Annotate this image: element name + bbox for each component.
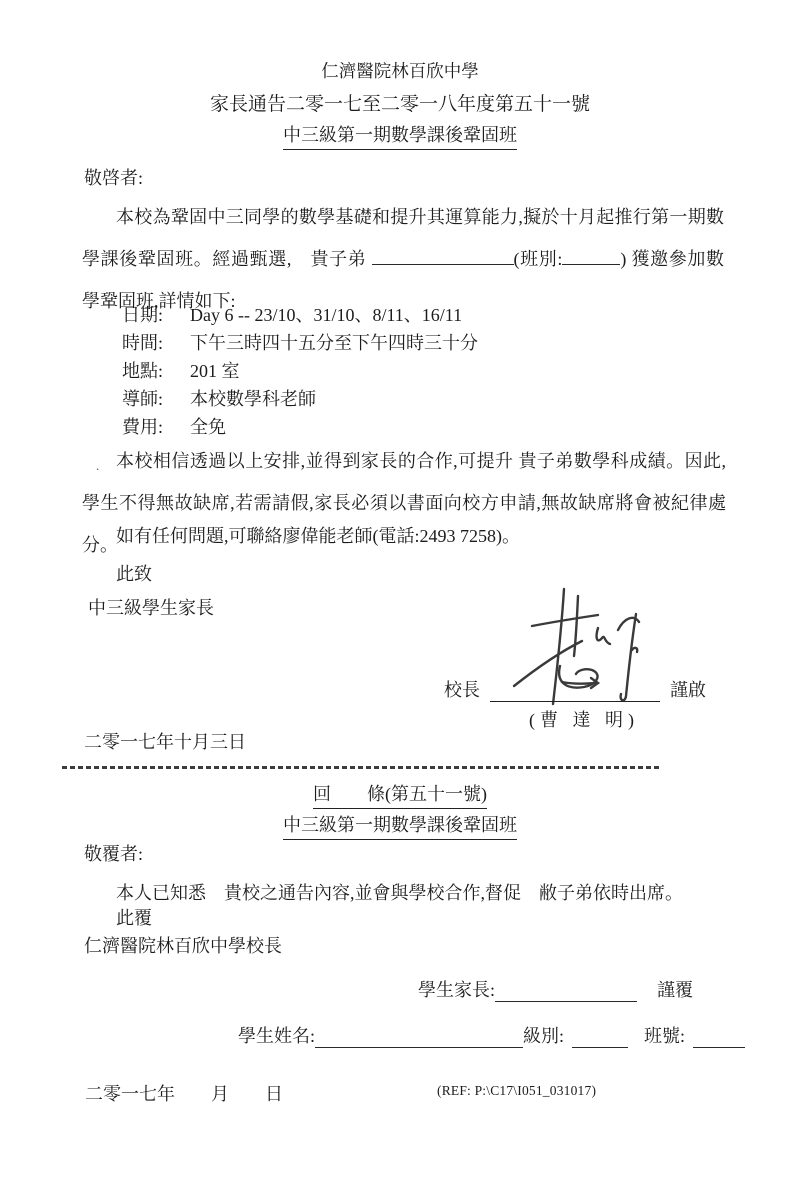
notice-subject: 中三級第一期數學課後鞏固班 bbox=[0, 121, 800, 150]
reply-salutation: 敬覆者: bbox=[84, 840, 143, 866]
detail-row-tutor: 導師: 本校數學科老師 bbox=[122, 385, 642, 413]
principal-sign-row: 校長 謹啟 bbox=[444, 676, 706, 702]
student-name-field-blank bbox=[315, 1029, 523, 1048]
principal-honorific: 謹啟 bbox=[670, 676, 706, 702]
reply-cifu: 此覆 bbox=[116, 904, 152, 930]
principal-signature-line bbox=[490, 677, 660, 702]
class-no-field-blank bbox=[693, 1029, 745, 1048]
reply-addressee: 仁濟醫院林百欣中學校長 bbox=[84, 932, 282, 958]
parent-label: 學生家長: bbox=[418, 976, 495, 1002]
class-blank bbox=[562, 246, 620, 265]
detail-row-date: 日期: Day 6 -- 23/10、31/10、8/11、16/11 bbox=[122, 301, 642, 329]
scanned-notice-page: 仁濟醫院林百欣中學 家長通告二零一七至二零一八年度第五十一號 中三級第一期數學課… bbox=[0, 0, 800, 1200]
principal-name: (曹 達 明) bbox=[494, 706, 674, 732]
principal-label: 校長 bbox=[444, 676, 480, 702]
parent-sign-row: 學生家長: 謹覆 bbox=[418, 976, 693, 1002]
notice-subject-text: 中三級第一期數學課後鞏固班 bbox=[283, 121, 517, 150]
reply-subject-text: 中三級第一期數學課後鞏固班 bbox=[283, 811, 517, 840]
detail-label: 日期: bbox=[122, 301, 190, 329]
parent-signature-blank bbox=[495, 983, 637, 1002]
reply-title-text: 回 條(第五十一號) bbox=[313, 780, 487, 809]
closing-cizhi: 此致 bbox=[116, 560, 152, 586]
parent-honorific: 謹覆 bbox=[657, 976, 693, 1002]
student-name-blank bbox=[372, 246, 514, 265]
tear-off-separator bbox=[62, 766, 662, 769]
detail-label: 地點: bbox=[122, 357, 190, 385]
detail-value: Day 6 -- 23/10、31/10、8/11、16/11 bbox=[190, 301, 462, 329]
student-info-row: 學生姓名: 級別: 班號: bbox=[238, 1022, 745, 1048]
detail-value: 全免 bbox=[190, 413, 226, 441]
detail-value: 201 室 bbox=[190, 357, 240, 385]
reply-date-line: 二零一七年 月 日 bbox=[85, 1080, 283, 1106]
reference-code: (REF: P:\C17\I051_031017) bbox=[437, 1083, 596, 1099]
detail-label: 導師: bbox=[122, 385, 190, 413]
detail-label: 時間: bbox=[122, 329, 190, 357]
reply-subject: 中三級第一期數學課後鞏固班 bbox=[0, 811, 800, 840]
notice-date: 二零一七年十月三日 bbox=[84, 728, 246, 754]
reply-title: 回 條(第五十一號) bbox=[0, 780, 800, 809]
detail-row-time: 時間: 下午三時四十五分至下午四時三十分 bbox=[122, 329, 642, 357]
detail-value: 下午三時四十五分至下午四時三十分 bbox=[190, 329, 478, 357]
school-name: 仁濟醫院林百欣中學 bbox=[0, 58, 800, 83]
salutation: 敬啓者: bbox=[84, 164, 143, 190]
detail-value: 本校數學科老師 bbox=[190, 385, 316, 413]
contact-line: 如有任何問題,可聯絡廖偉能老師(電話:2493 7258)。 bbox=[116, 522, 520, 548]
details-list: 日期: Day 6 -- 23/10、31/10、8/11、16/11 時間: … bbox=[122, 301, 642, 441]
notice-number-line: 家長通告二零一七至二零一八年度第五十一號 bbox=[0, 89, 800, 116]
student-name-label: 學生姓名: bbox=[238, 1022, 315, 1048]
detail-row-fee: 費用: 全免 bbox=[122, 413, 642, 441]
class-field-blank bbox=[572, 1029, 628, 1048]
intro-class-label: (班別: bbox=[514, 249, 563, 269]
class-no-label: 班號: bbox=[644, 1022, 685, 1048]
class-label: 級別: bbox=[523, 1022, 564, 1048]
closing-recipient: 中三級學生家長 bbox=[88, 594, 214, 620]
detail-row-venue: 地點: 201 室 bbox=[122, 357, 642, 385]
reply-body: 本人已知悉 貴校之通告內容,並會與學校合作,督促 敝子弟依時出席。 bbox=[82, 872, 726, 914]
detail-label: 費用: bbox=[122, 413, 190, 441]
